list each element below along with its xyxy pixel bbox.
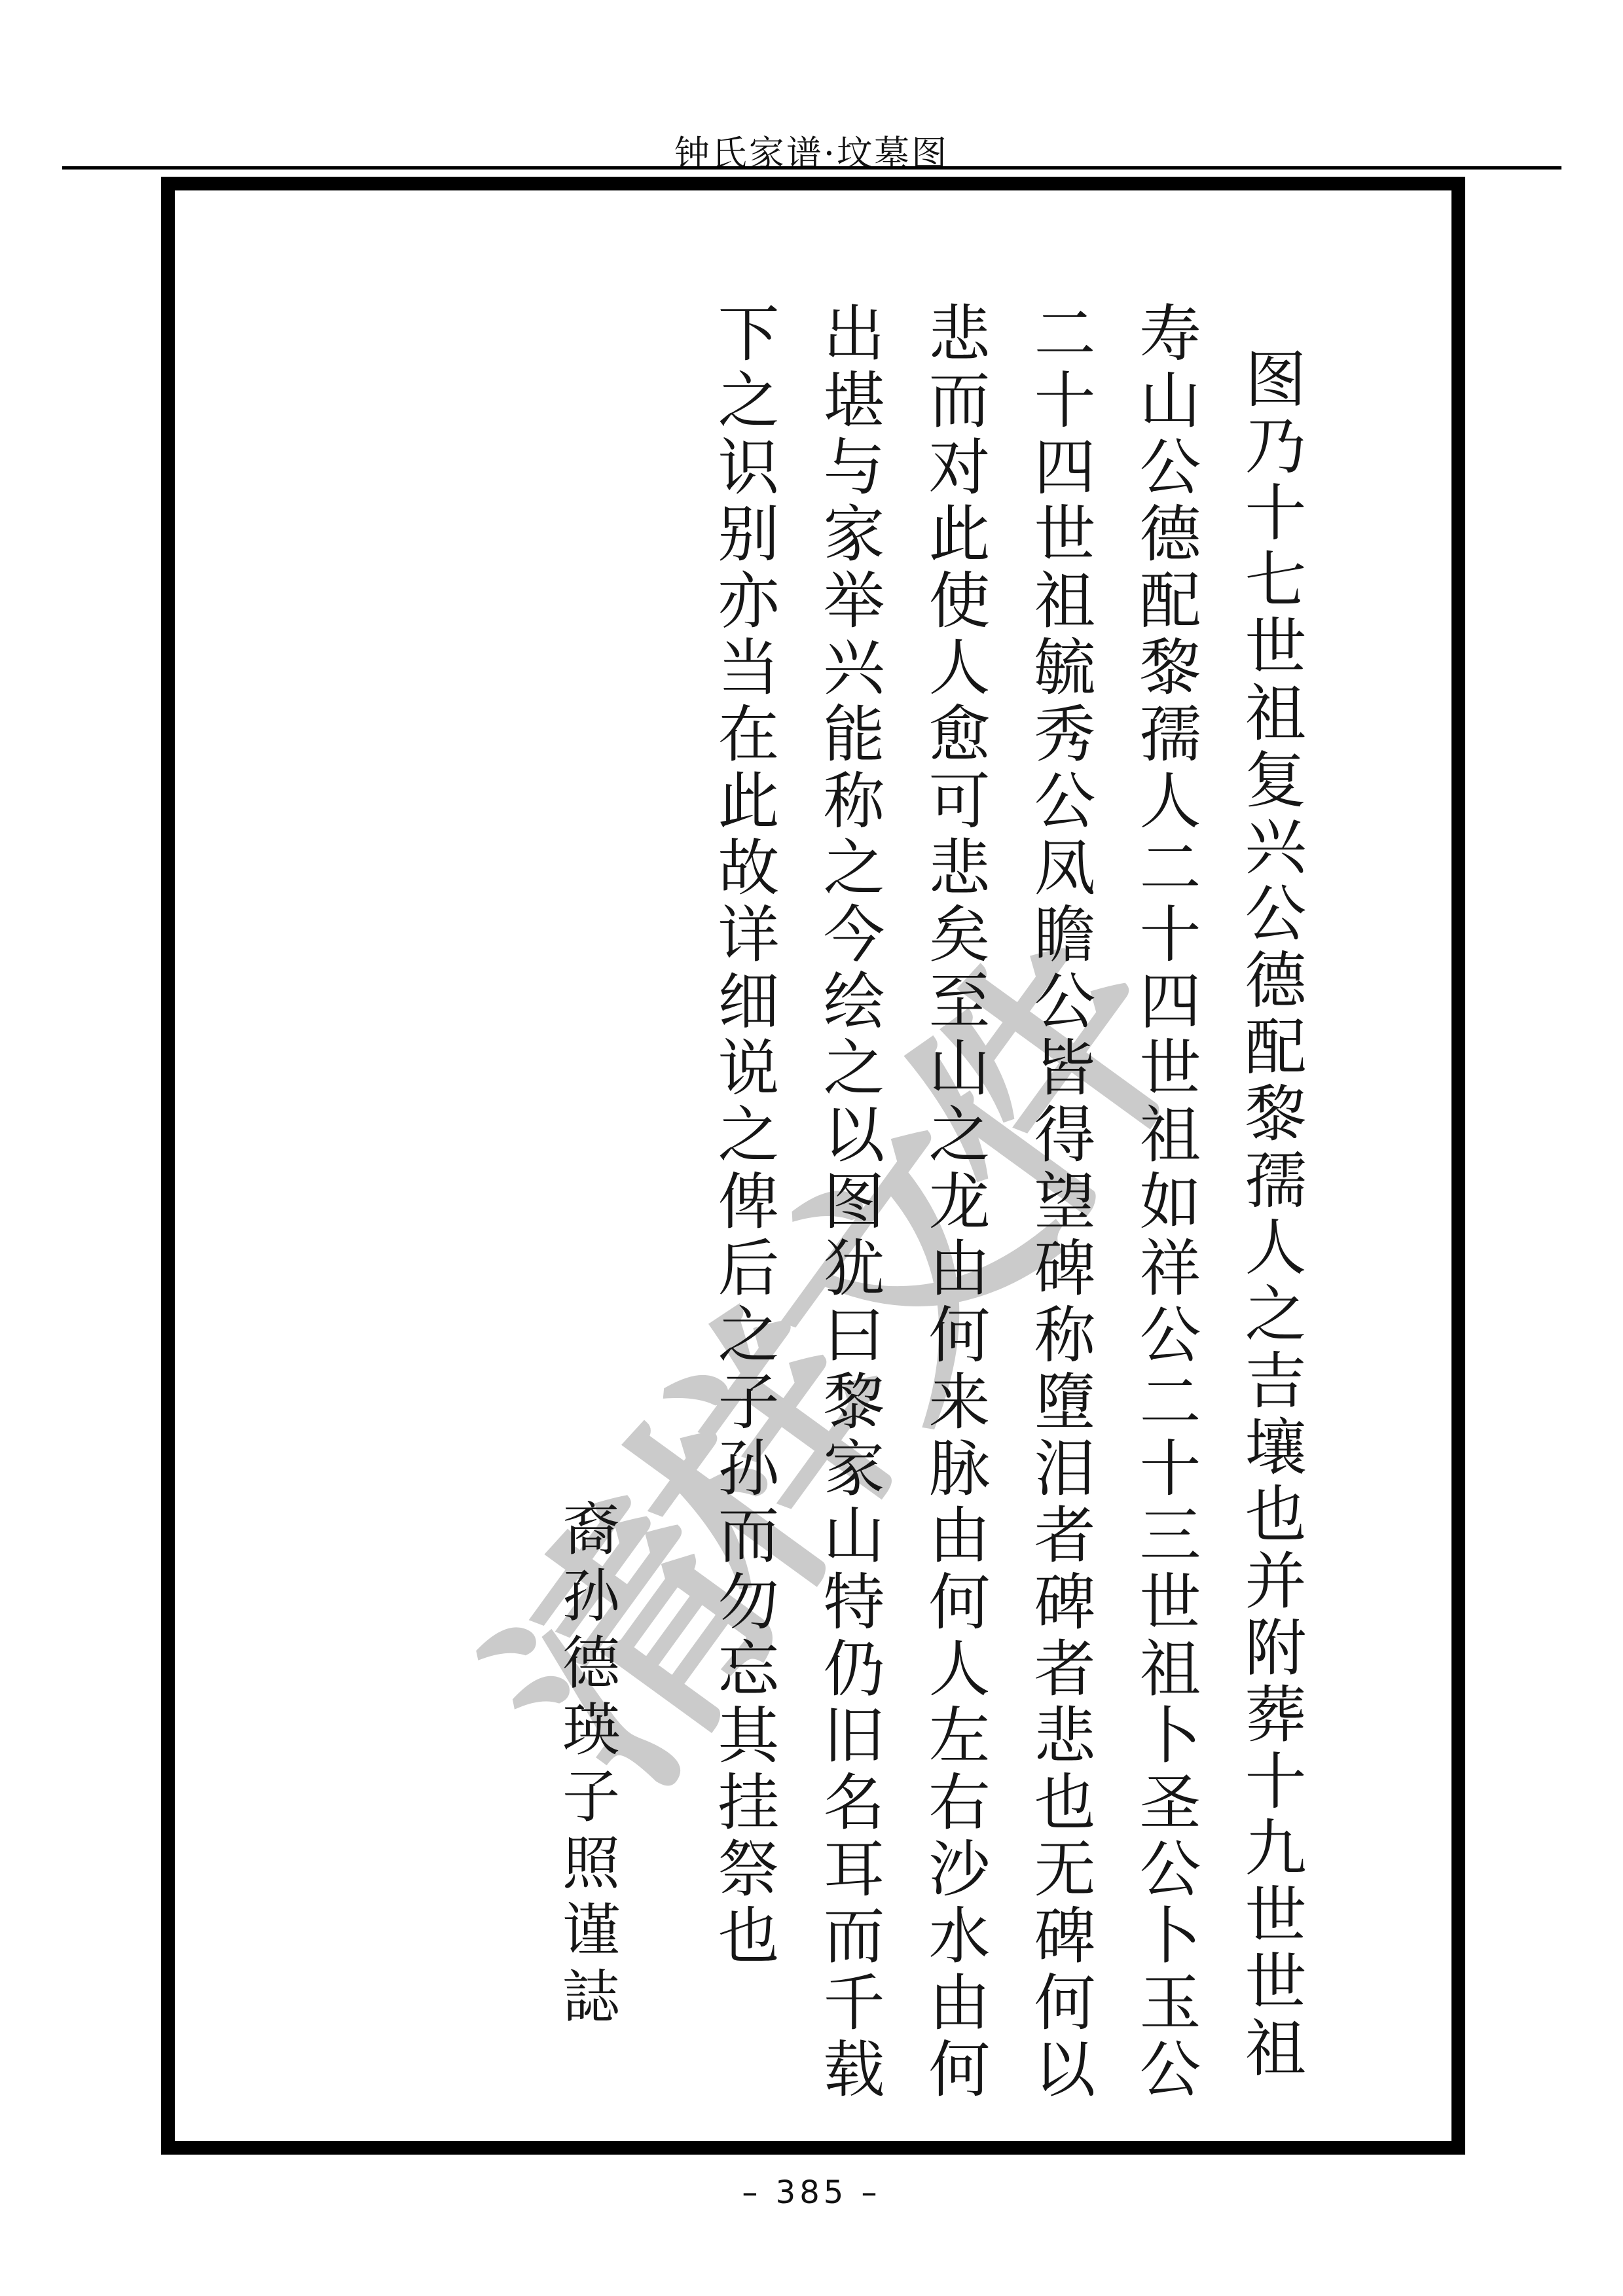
text-column-2: 寿山公德配黎孺人二十四世祖如祥公二十三世祖卜圣公卜玉公 bbox=[1112, 301, 1217, 2134]
header-rule bbox=[62, 166, 1561, 170]
book-page: 钟氏家谱·坟墓图 清样文件 图乃十七世祖复兴公德配黎孺人之吉壤也并附葬十九世世祖… bbox=[0, 0, 1623, 2296]
vertical-text-block: 图乃十七世祖复兴公德配黎孺人之吉壤也并附葬十九世世祖 寿山公德配黎孺人二十四世祖… bbox=[690, 301, 1322, 2134]
signature-column: 裔孙德瑛子照谨誌 bbox=[547, 1499, 626, 2033]
content-frame: 清样文件 图乃十七世祖复兴公德配黎孺人之吉壤也并附葬十九世世祖 寿山公德配黎孺人… bbox=[161, 177, 1465, 2155]
text-column-6: 下之识别亦当在此故详细说之俾后之子孙而勿忘其挂祭也 bbox=[690, 301, 795, 2134]
text-column-5: 出堪与家举兴能称之今绘之以图犹曰黎家山特仍旧名耳而千载 bbox=[795, 301, 901, 2134]
page-number: – 385 – bbox=[0, 2174, 1623, 2211]
text-column-1: 图乃十七世祖复兴公德配黎孺人之吉壤也并附葬十九世世祖 bbox=[1217, 301, 1322, 2134]
text-column-3: 二十四世祖毓秀公凤瞻公皆得望碑称墮泪者碑者悲也无碑何以 bbox=[1006, 301, 1112, 2134]
text-column-4: 悲而对此使人愈可悲矣至山之龙由何来脉由何人左右沙水由何 bbox=[901, 301, 1006, 2134]
